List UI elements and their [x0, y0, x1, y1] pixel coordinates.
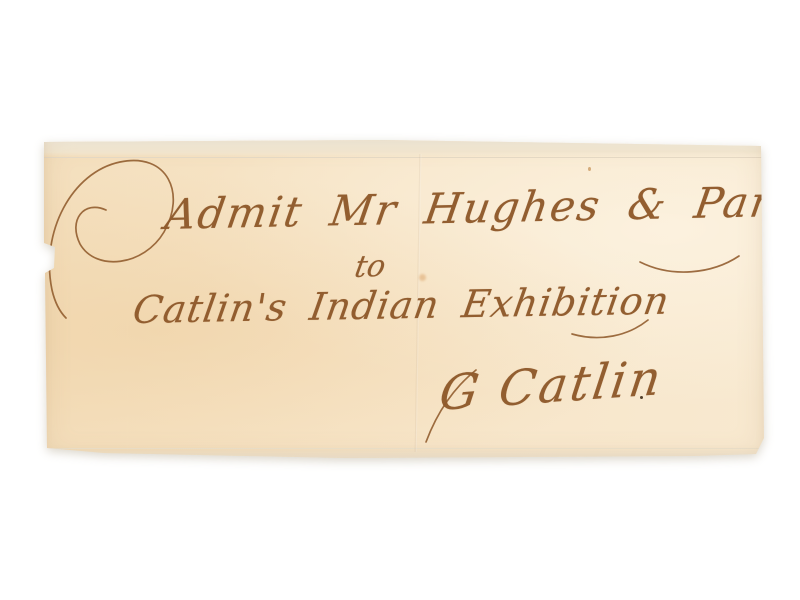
handwritten-line-exhibition: Catlin's Indian Exhibition — [130, 279, 673, 332]
photo-background: Admit Mr Hughes & Party to Catlin's Indi… — [0, 0, 800, 600]
foxing-stain — [419, 274, 426, 281]
paper-top-fold-edge — [44, 140, 764, 158]
paper-shadow-wrap: Admit Mr Hughes & Party to Catlin's Indi… — [44, 140, 764, 458]
party-tail-flourish — [640, 256, 739, 272]
paper-speck — [588, 167, 591, 171]
handwritten-line-admit: Admit Mr Hughes & Party — [162, 176, 800, 239]
paper-bottom-edge — [44, 448, 764, 458]
signature-g-catlin: G Catlin — [436, 350, 667, 422]
paper-sheet: Admit Mr Hughes & Party to Catlin's Indi… — [44, 140, 764, 458]
handwritten-line-to: to — [352, 249, 388, 285]
